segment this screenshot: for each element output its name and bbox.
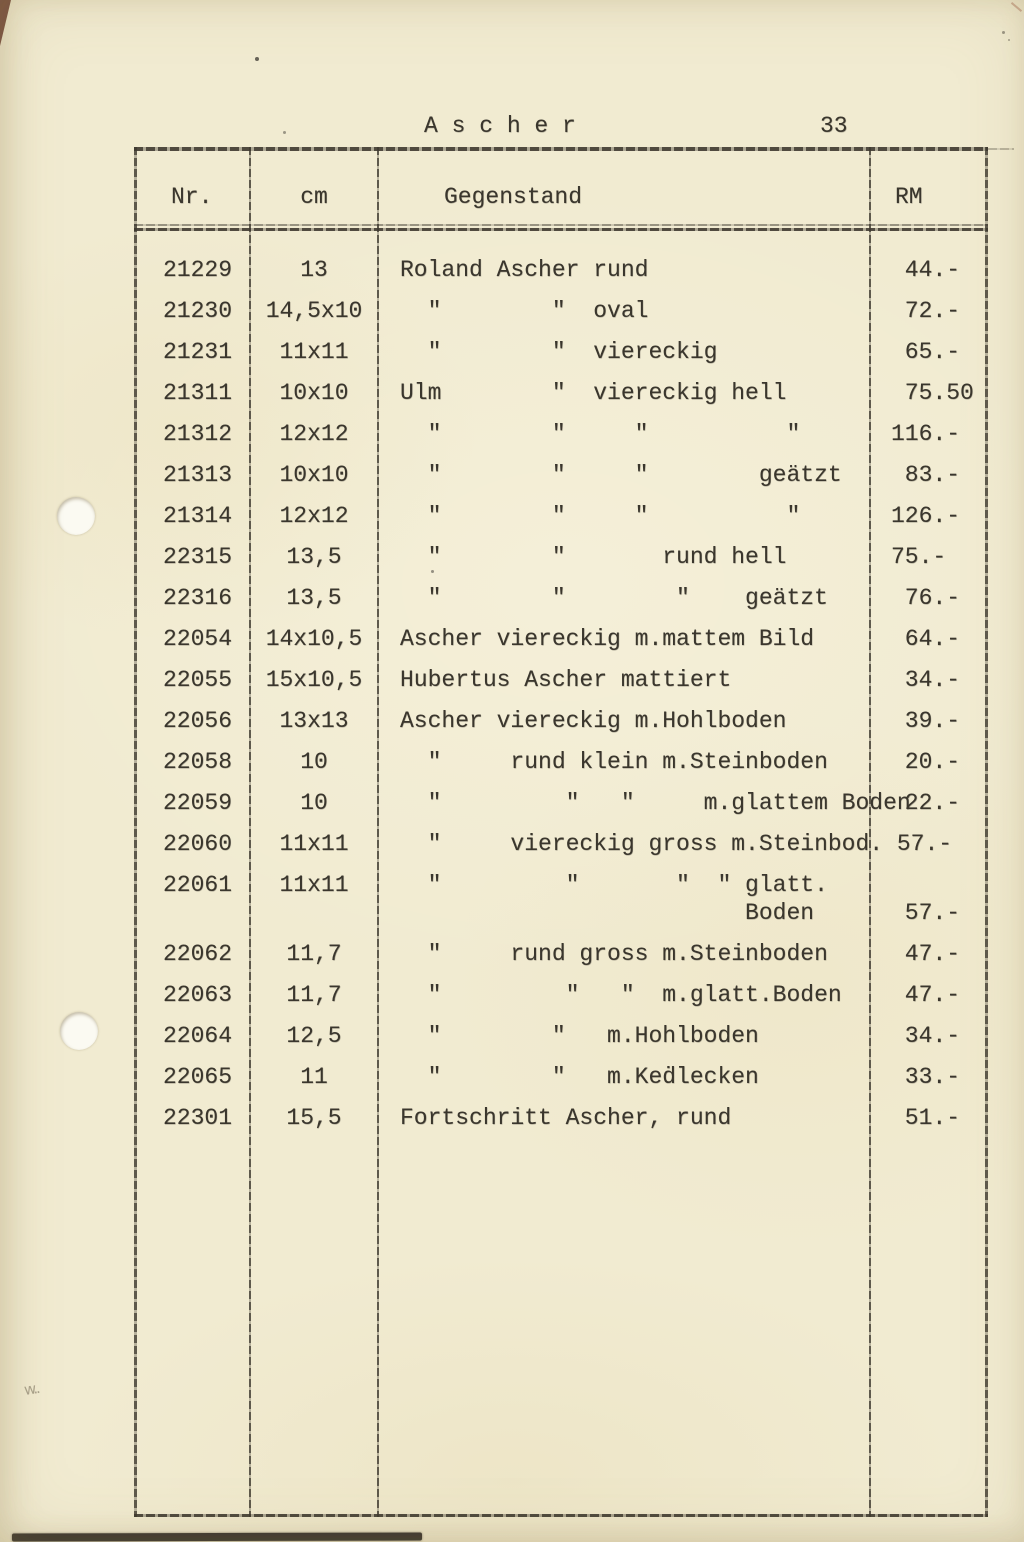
row-price: 34.- [891, 1022, 960, 1050]
row-nr: 21314 [163, 502, 232, 530]
hole-punch-top [57, 497, 95, 535]
row-description: Ascher viereckig m.Hohlboden [400, 707, 786, 735]
row-cm: 11x11 [254, 871, 374, 899]
page-title: A s c h e r [424, 112, 576, 140]
row-price: 34.- [891, 666, 960, 694]
row-description: Ulm " viereckig hell [400, 379, 786, 407]
row-cm: 10x10 [254, 461, 374, 489]
row-cm: 13x13 [254, 707, 374, 735]
row-cm: 12x12 [254, 502, 374, 530]
row-nr: 22054 [163, 625, 232, 653]
row-price: 57.- [891, 899, 960, 927]
row-nr: 21313 [163, 461, 232, 489]
row-nr: 22315 [163, 543, 232, 571]
row-nr: 22055 [163, 666, 232, 694]
row-price: 64.- [891, 625, 960, 653]
row-price: 116.- [891, 420, 960, 448]
column-header-cm: cm [254, 183, 374, 211]
row-price: 75.- [891, 543, 946, 571]
row-price: 83.- [891, 461, 960, 489]
page-number: 33 [820, 112, 848, 140]
row-description: " " oval [400, 297, 648, 325]
row-price: 47.- [891, 940, 960, 968]
row-cm: 14,5x10 [254, 297, 374, 325]
ink-speck [1002, 31, 1005, 34]
row-price: 51.- [891, 1104, 960, 1132]
row-cm: 11 [254, 1063, 374, 1091]
row-price: 126.- [891, 502, 960, 530]
scan-scratch-mark [1011, 2, 1022, 12]
row-cm: 11,7 [254, 940, 374, 968]
row-nr: 21312 [163, 420, 232, 448]
row-price: 65.- [891, 338, 960, 366]
row-description-line2: Boden [400, 899, 814, 927]
row-cm: 12,5 [254, 1022, 374, 1050]
margin-pencil-mark: w.. [23, 1379, 40, 1399]
column-header-price: RM [895, 183, 923, 211]
column-divider-cm-item [377, 147, 379, 1517]
row-cm: 15x10,5 [254, 666, 374, 694]
row-nr: 22065 [163, 1063, 232, 1091]
table-border-right [985, 147, 988, 1517]
row-nr: 21231 [163, 338, 232, 366]
row-nr: 22301 [163, 1104, 232, 1132]
ink-speck [283, 131, 286, 134]
row-nr: 22062 [163, 940, 232, 968]
document-page: A s c h e r 33 Nr. cm Gegenstand RM 2122… [0, 0, 1024, 1542]
row-description: " " " m.glattem Boden [400, 789, 911, 817]
row-description: " " " m.glatt.Boden [400, 981, 842, 1009]
row-cm: 11x11 [254, 830, 374, 858]
row-description: Ascher viereckig m.mattem Bild [400, 625, 814, 653]
row-description: " " " " glatt. [400, 871, 828, 899]
ink-speck [255, 57, 259, 61]
row-nr: 21229 [163, 256, 232, 284]
row-cm: 13 [254, 256, 374, 284]
row-cm: 14x10,5 [254, 625, 374, 653]
row-nr: 22064 [163, 1022, 232, 1050]
row-price: 39.- [891, 707, 960, 735]
row-nr: 22056 [163, 707, 232, 735]
column-header-nr: Nr. [171, 183, 212, 211]
row-price: 47.- [891, 981, 960, 1009]
row-description: " " m.Hohlboden [400, 1022, 759, 1050]
row-nr: 22063 [163, 981, 232, 1009]
row-price: 75.50 [891, 379, 974, 407]
column-divider-nr-cm [249, 147, 251, 1517]
row-cm: 15,5 [254, 1104, 374, 1132]
header-separator-upper [134, 224, 988, 226]
row-description: Hubertus Ascher mattiert [400, 666, 731, 694]
row-description: " viereckig gross m.Steinbod. 57.- [400, 830, 952, 858]
hole-punch-bottom [60, 1012, 98, 1050]
row-cm: 11x11 [254, 338, 374, 366]
row-description: Roland Ascher rund [400, 256, 648, 284]
scan-shadow-strip [12, 1532, 422, 1541]
row-description: " " viereckig [400, 338, 717, 366]
row-price: 72.- [891, 297, 960, 325]
row-cm: 13,5 [254, 584, 374, 612]
row-nr: 22058 [163, 748, 232, 776]
row-cm: 11,7 [254, 981, 374, 1009]
row-cm: 10x10 [254, 379, 374, 407]
table-border-top-overrun [988, 148, 1014, 150]
row-cm: 10 [254, 748, 374, 776]
row-nr: 22059 [163, 789, 232, 817]
row-description: " rund gross m.Steinboden [400, 940, 828, 968]
table-border-bottom [134, 1514, 988, 1517]
column-header-item: Gegenstand [444, 183, 582, 211]
ink-speck [431, 570, 434, 573]
header-separator [134, 228, 988, 231]
row-price: 20.- [891, 748, 960, 776]
row-description: " " " " [400, 420, 800, 448]
row-cm: 10 [254, 789, 374, 817]
table-border-left [134, 147, 137, 1517]
row-description: " " " geätzt [400, 584, 828, 612]
row-nr: 22061 [163, 871, 232, 899]
row-nr: 22060 [163, 830, 232, 858]
row-nr: 22316 [163, 584, 232, 612]
scan-corner-mark [0, 0, 11, 46]
row-nr: 21230 [163, 297, 232, 325]
row-price: 76.- [891, 584, 960, 612]
row-price: 33.- [891, 1063, 960, 1091]
row-cm: 12x12 [254, 420, 374, 448]
row-description: " " " geätzt [400, 461, 842, 489]
row-price: 44.- [891, 256, 960, 284]
row-cm: 13,5 [254, 543, 374, 571]
table-border-top [134, 147, 988, 151]
row-description: Fortschritt Ascher, rund [400, 1104, 731, 1132]
row-description: " rund klein m.Steinboden [400, 748, 828, 776]
ink-speck [1008, 39, 1010, 41]
row-description: " " rund hell [400, 543, 786, 571]
row-description: " " m.Keḋlecken [400, 1063, 759, 1091]
row-description: " " " " [400, 502, 800, 530]
row-price: 22.- [891, 789, 960, 817]
row-nr: 21311 [163, 379, 232, 407]
